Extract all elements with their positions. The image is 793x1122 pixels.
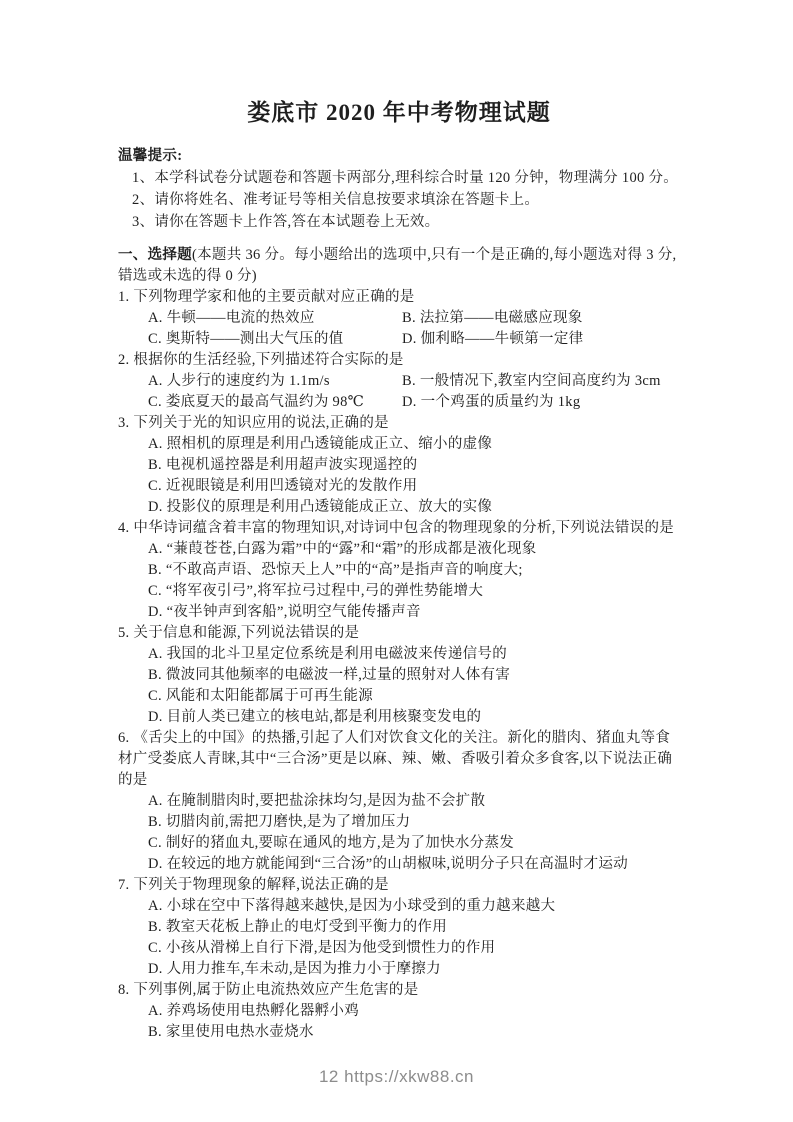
option-a: A. 我国的北斗卫星定位系统是利用电磁波来传递信号的 xyxy=(148,644,680,665)
question-options: A. 养鸡场使用电热孵化器孵小鸡 B. 家里使用电热水壶烧水 xyxy=(148,1001,680,1043)
question-3: 3. 下列关于光的知识应用的说法,正确的是 A. 照相机的原理是利用凸透镜能成正… xyxy=(118,413,680,518)
page-title: 娄底市 2020 年中考物理试题 xyxy=(118,98,680,128)
question-stem: 1. 下列物理学家和他的主要贡献对应正确的是 xyxy=(118,287,680,308)
option-d: D. 在较远的地方就能闻到“三合汤”的山胡椒味,说明分子只在高温时才运动 xyxy=(148,854,680,875)
option-c: C. 风能和太阳能都属于可再生能源 xyxy=(148,686,680,707)
question-options: A. 照相机的原理是利用凸透镜能成正立、缩小的虚像 B. 电视机遥控器是利用超声… xyxy=(148,434,680,518)
question-5: 5. 关于信息和能源,下列说法错误的是 A. 我国的北斗卫星定位系统是利用电磁波… xyxy=(118,623,680,728)
notice-item: 2、请你将姓名、准考证号等相关信息按要求填涂在答题卡上。 xyxy=(132,189,680,211)
option-b: B. 一般情况下,教室内空间高度约为 3cm xyxy=(402,371,680,392)
option-b: B. 教室天花板上静止的电灯受到平衡力的作用 xyxy=(148,917,680,938)
question-6: 6. 《舌尖上的中国》的热播,引起了人们对饮食文化的关注。新化的腊肉、猪血丸等食… xyxy=(118,728,680,875)
question-options: A. 人步行的速度约为 1.1m/s B. 一般情况下,教室内空间高度约为 3c… xyxy=(148,371,680,413)
exam-paper-page: 娄底市 2020 年中考物理试题 温馨提示: 1、本学科试卷分试题卷和答题卡两部… xyxy=(0,0,793,1122)
option-b: B. 切腊肉前,需把刀磨快,是为了增加压力 xyxy=(148,812,680,833)
question-stem: 7. 下列关于物理现象的解释,说法正确的是 xyxy=(118,875,680,896)
option-b: B. 家里使用电热水壶烧水 xyxy=(148,1022,680,1043)
question-stem: 5. 关于信息和能源,下列说法错误的是 xyxy=(118,623,680,644)
question-1: 1. 下列物理学家和他的主要贡献对应正确的是 A. 牛顿——电流的热效应 B. … xyxy=(118,287,680,350)
option-c: C. 近视眼镜是利用凹透镜对光的发散作用 xyxy=(148,476,680,497)
option-b: B. 微波同其他频率的电磁波一样,过量的照射对人体有害 xyxy=(148,665,680,686)
option-c: C. 小孩从滑梯上自行下滑,是因为他受到惯性力的作用 xyxy=(148,938,680,959)
option-d: D. 投影仪的原理是利用凸透镜能成正立、放大的实像 xyxy=(148,497,680,518)
section-description: (本题共 36 分。每小题给出的选项中,只有一个是正确的,每小题选对得 3 分,… xyxy=(118,247,676,284)
notice-block: 温馨提示: 1、本学科试卷分试题卷和答题卡两部分,理科综合时量 120 分钟，物… xyxy=(118,145,680,233)
option-b: B. 法拉第——电磁感应现象 xyxy=(402,308,680,329)
section-label: 一、选择题 xyxy=(118,247,192,263)
option-c: C. 制好的猪血丸,要晾在通风的地方,是为了加快水分蒸发 xyxy=(148,833,680,854)
option-a: A. 人步行的速度约为 1.1m/s xyxy=(148,371,402,392)
question-stem: 3. 下列关于光的知识应用的说法,正确的是 xyxy=(118,413,680,434)
option-a: A. “蒹葭苍苍,白露为霜”中的“露”和“霜”的形成都是液化现象 xyxy=(148,539,680,560)
option-a: A. 照相机的原理是利用凸透镜能成正立、缩小的虚像 xyxy=(148,434,680,455)
question-7: 7. 下列关于物理现象的解释,说法正确的是 A. 小球在空中下落得越来越快,是因… xyxy=(118,875,680,980)
question-options: A. 我国的北斗卫星定位系统是利用电磁波来传递信号的 B. 微波同其他频率的电磁… xyxy=(148,644,680,728)
question-stem: 8. 下列事例,属于防止电流热效应产生危害的是 xyxy=(118,980,680,1001)
footer-page-number: 12 xyxy=(319,1067,339,1086)
option-a: A. 小球在空中下落得越来越快,是因为小球受到的重力越来越大 xyxy=(148,896,680,917)
question-2: 2. 根据你的生活经验,下列描述符合实际的是 A. 人步行的速度约为 1.1m/… xyxy=(118,350,680,413)
option-c: C. 娄底夏天的最高气温约为 98℃ xyxy=(148,392,402,413)
question-options: A. 小球在空中下落得越来越快,是因为小球受到的重力越来越大 B. 教室天花板上… xyxy=(148,896,680,980)
page-footer: 12 https://xkw88.cn xyxy=(0,1066,793,1088)
question-stem: 2. 根据你的生活经验,下列描述符合实际的是 xyxy=(118,350,680,371)
notice-item: 1、本学科试卷分试题卷和答题卡两部分,理科综合时量 120 分钟，物理满分 10… xyxy=(132,167,680,189)
option-a: A. 养鸡场使用电热孵化器孵小鸡 xyxy=(148,1001,680,1022)
footer-watermark-link: https://xkw88.cn xyxy=(344,1067,474,1086)
question-options: A. “蒹葭苍苍,白露为霜”中的“露”和“霜”的形成都是液化现象 B. “不敢高… xyxy=(148,539,680,623)
section-heading: 一、选择题(本题共 36 分。每小题给出的选项中,只有一个是正确的,每小题选对得… xyxy=(118,245,680,287)
question-stem: 6. 《舌尖上的中国》的热播,引起了人们对饮食文化的关注。新化的腊肉、猪血丸等食… xyxy=(118,728,680,791)
question-options: A. 牛顿——电流的热效应 B. 法拉第——电磁感应现象 C. 奥斯特——测出大… xyxy=(148,308,680,350)
option-b: B. “不敢高声语、恐惊天上人”中的“高”是指声音的响度大; xyxy=(148,560,680,581)
question-8: 8. 下列事例,属于防止电流热效应产生危害的是 A. 养鸡场使用电热孵化器孵小鸡… xyxy=(118,980,680,1043)
option-d: D. 一个鸡蛋的质量约为 1kg xyxy=(402,392,680,413)
notice-heading: 温馨提示: xyxy=(118,145,680,167)
option-d: D. “夜半钟声到客船”,说明空气能传播声音 xyxy=(148,602,680,623)
option-a: A. 牛顿——电流的热效应 xyxy=(148,308,402,329)
question-stem: 4. 中华诗词蕴含着丰富的物理知识,对诗词中包含的物理现象的分析,下列说法错误的… xyxy=(118,518,680,539)
question-options: A. 在腌制腊肉时,要把盐涂抹均匀,是因为盐不会扩散 B. 切腊肉前,需把刀磨快… xyxy=(148,791,680,875)
question-4: 4. 中华诗词蕴含着丰富的物理知识,对诗词中包含的物理现象的分析,下列说法错误的… xyxy=(118,518,680,623)
option-b: B. 电视机遥控器是利用超声波实现遥控的 xyxy=(148,455,680,476)
option-d: D. 目前人类已建立的核电站,都是利用核聚变发电的 xyxy=(148,707,680,728)
option-c: C. “将军夜引弓”,将军拉弓过程中,弓的弹性势能增大 xyxy=(148,581,680,602)
option-a: A. 在腌制腊肉时,要把盐涂抹均匀,是因为盐不会扩散 xyxy=(148,791,680,812)
option-c: C. 奥斯特——测出大气压的值 xyxy=(148,329,402,350)
page-content: 娄底市 2020 年中考物理试题 温馨提示: 1、本学科试卷分试题卷和答题卡两部… xyxy=(118,98,680,1043)
option-d: D. 人用力推车,车未动,是因为推力小于摩擦力 xyxy=(148,959,680,980)
notice-item: 3、请你在答题卡上作答,答在本试题卷上无效。 xyxy=(132,211,680,233)
option-d: D. 伽利略——牛顿第一定律 xyxy=(402,329,680,350)
